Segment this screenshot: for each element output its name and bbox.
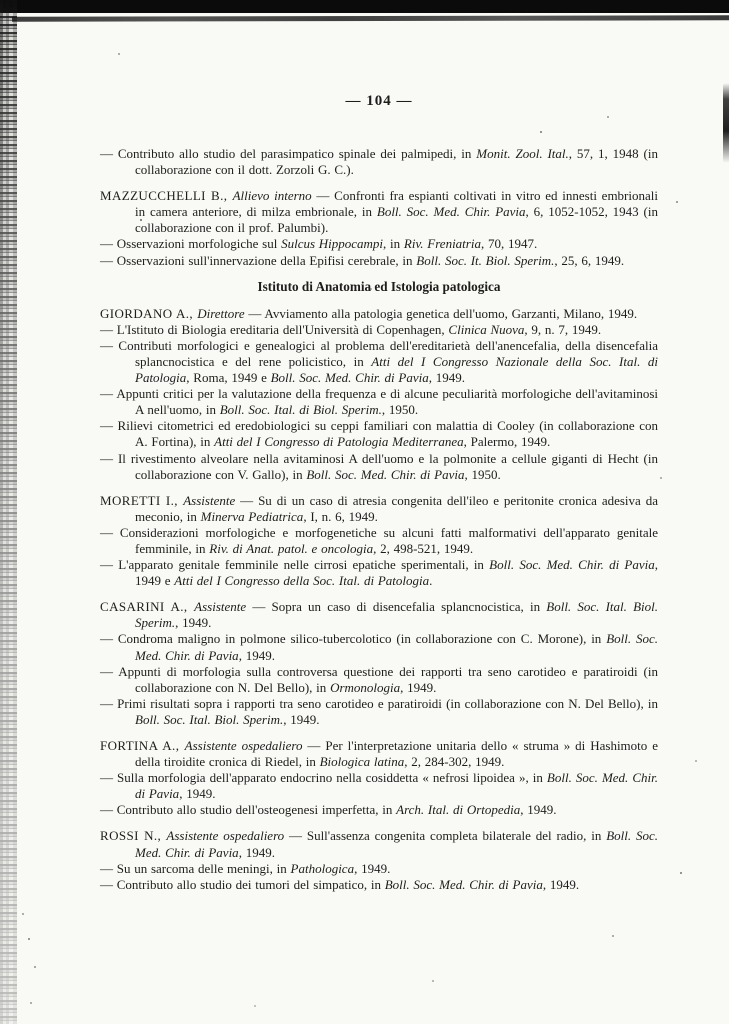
bibliography-entry: — Su un sarcoma delle meningi, in Pathol… — [100, 861, 658, 877]
italic-title-segment: Assistente — [183, 493, 235, 508]
bibliography-entry: FORTINA A., Assistente ospedaliero — Per… — [100, 738, 658, 770]
entry-text: , 2, 498-521, 1949. — [373, 541, 473, 556]
author-name: GIORDANO A., — [100, 306, 197, 321]
bibliography-section: Istituto di Anatomia ed Istologia patolo… — [100, 279, 658, 893]
bibliography-entry: — Primi risultati sopra i rapporti tra s… — [100, 696, 658, 728]
entry-text: , 1949. — [283, 712, 319, 727]
italic-title-segment: Boll. Soc. Med. Chir. di Pavia — [306, 467, 464, 482]
institute-heading: Istituto di Anatomia ed Istologia patolo… — [100, 279, 658, 295]
entry-text: , 70, 1947. — [481, 236, 537, 251]
bibliography-entry: — L'Istituto di Biologia ereditaria dell… — [100, 322, 658, 338]
author-name: MORETTI I., — [100, 493, 183, 508]
bibliography-entry: — Condroma maligno in polmone silico-tub… — [100, 631, 658, 663]
entry-text: — Osservazioni morfologiche sul — [100, 236, 281, 251]
bibliography-entry: ROSSI N., Assistente ospedaliero — Sull'… — [100, 828, 658, 860]
italic-title-segment: Monit. Zool. Ital. — [476, 146, 568, 161]
scanned-page: — 104 — — Contributo allo studio del par… — [0, 0, 729, 1024]
bibliography-entry: — Contributi morfologici e genealogici a… — [100, 338, 658, 386]
italic-title-segment: Riv. di Anat. patol. e oncologia — [209, 541, 373, 556]
entry-text: — Condroma maligno in polmone silico-tub… — [100, 631, 606, 646]
italic-title-segment: Assistente ospedaliero — [185, 738, 303, 753]
entry-text: , 1949. — [179, 786, 215, 801]
italic-title-segment: Boll. Soc. Med. Chir. Pavia — [377, 204, 526, 219]
italic-title-segment: Boll. Soc. Ital. Biol. Sperim. — [135, 712, 283, 727]
bibliography-section: — Contributo allo studio del parasimpati… — [100, 146, 658, 269]
italic-title-segment: Atti del I Congresso della Soc. Ital. di… — [174, 573, 429, 588]
entry-text: . — [429, 573, 432, 588]
entry-text: — Su un sarcoma delle meningi, in — [100, 861, 291, 876]
bibliography-entry: — Osservazioni morfologiche sul Sulcus H… — [100, 236, 658, 252]
bibliography-entry: CASARINI A., Assistente — Sopra un caso … — [100, 599, 658, 631]
author-name: MAZZUCCHELLI B., — [100, 188, 233, 203]
bibliography-entry: — L'apparato genitale femminile nelle ci… — [100, 557, 658, 589]
italic-title-segment: Allievo interno — [233, 188, 312, 203]
bibliography-entry: — Contributo allo studio dell'osteogenes… — [100, 802, 658, 818]
entry-text: , Roma, 1949 e — [186, 370, 270, 385]
italic-title-segment: Assistente ospedaliero — [166, 828, 284, 843]
italic-title-segment: Boll. Soc. Med. Chir. di Pavia — [271, 370, 429, 385]
entry-text: — L'Istituto di Biologia ereditaria dell… — [100, 322, 448, 337]
author-group: MAZZUCCHELLI B., Allievo interno — Confr… — [100, 188, 658, 268]
entry-text: , 1949. — [520, 802, 556, 817]
scan-artifact-right-edge-mark — [723, 83, 729, 163]
italic-title-segment: Arch. Ital. di Ortopedia — [396, 802, 520, 817]
entry-text: — Avviamento alla patologia genetica del… — [245, 306, 638, 321]
bibliography-entry: — Il rivestimento alveolare nella avitam… — [100, 451, 658, 483]
author-name: ROSSI N., — [100, 828, 166, 843]
entry-text: , Palermo, 1949. — [464, 434, 551, 449]
bibliography: — Contributo allo studio del parasimpati… — [100, 146, 658, 903]
entry-text: , 1949. — [354, 861, 390, 876]
scan-artifact-top-line — [12, 15, 729, 22]
italic-title-segment: Minerva Pediatrica — [201, 509, 304, 524]
entry-text: — Sull'assenza congenita completa bilate… — [284, 828, 606, 843]
entry-text: — Sopra un caso di disencefalia splancno… — [246, 599, 546, 614]
bibliography-entry: — Osservazioni sull'innervazione della E… — [100, 253, 658, 269]
author-group: ROSSI N., Assistente ospedaliero — Sull'… — [100, 828, 658, 892]
author-name: FORTINA A., — [100, 738, 185, 753]
italic-title-segment: Boll. Soc. Ital. di Biol. Sperim. — [220, 402, 382, 417]
bibliography-entry: MORETTI I., Assistente — Su di un caso d… — [100, 493, 658, 525]
author-name: CASARINI A., — [100, 599, 194, 614]
italic-title-segment: Boll. Soc. Med. Chir. di Pavia — [489, 557, 655, 572]
bibliography-entry: MAZZUCCHELLI B., Allievo interno — Confr… — [100, 188, 658, 236]
entry-text: , 1950. — [464, 467, 500, 482]
bibliography-entry: — Considerazioni morfologiche e morfogen… — [100, 525, 658, 557]
author-group: CASARINI A., Assistente — Sopra un caso … — [100, 599, 658, 728]
entry-text: , in — [383, 236, 404, 251]
entry-text: , 1950. — [382, 402, 418, 417]
italic-title-segment: Atti del I Congresso di Patologia Medite… — [214, 434, 464, 449]
bibliography-entry: — Rilievi citometrici ed eredobiologici … — [100, 418, 658, 450]
bibliography-entry: — Sulla morfologia dell'apparato endocri… — [100, 770, 658, 802]
italic-title-segment: Assistente — [194, 599, 246, 614]
bibliography-entry: GIORDANO A., Direttore — Avviamento alla… — [100, 306, 658, 322]
entry-text: , 2, 284-302, 1949. — [404, 754, 504, 769]
entry-text: — Contributo allo studio dei tumori del … — [100, 877, 385, 892]
italic-title-segment: Biologica latina — [320, 754, 405, 769]
italic-title-segment: Boll. Soc. Med. Chir. di Pavia — [385, 877, 543, 892]
scan-artifact-top-edge — [0, 0, 729, 13]
entry-text: , 1949. — [400, 680, 436, 695]
entry-text: , 1949. — [239, 845, 275, 860]
entry-text: — Sulla morfologia dell'apparato endocri… — [100, 770, 547, 785]
author-group: FORTINA A., Assistente ospedaliero — Per… — [100, 738, 658, 818]
entry-text: , 1949. — [429, 370, 465, 385]
author-group: — Contributo allo studio del parasimpati… — [100, 146, 658, 178]
entry-text: , I, n. 6, 1949. — [303, 509, 378, 524]
bibliography-entry: — Appunti critici per la valutazione del… — [100, 386, 658, 418]
entry-text: , 1949. — [175, 615, 211, 630]
author-group: MORETTI I., Assistente — Su di un caso d… — [100, 493, 658, 590]
italic-title-segment: Ormonologia — [330, 680, 400, 695]
entry-text: — Osservazioni sull'innervazione della E… — [100, 253, 416, 268]
bibliography-entry: — Contributo allo studio del parasimpati… — [100, 146, 658, 178]
page-number: — 104 — — [100, 93, 658, 110]
scan-artifact-left-edge — [0, 0, 17, 1024]
italic-title-segment: Direttore — [197, 306, 244, 321]
entry-text: , 9, n. 7, 1949. — [524, 322, 601, 337]
italic-title-segment: Pathologica — [291, 861, 355, 876]
entry-text: — Contributo allo studio del parasimpati… — [100, 146, 476, 161]
author-group: GIORDANO A., Direttore — Avviamento alla… — [100, 306, 658, 483]
italic-title-segment: Clinica Nuova — [448, 322, 524, 337]
entry-text: — Contributo allo studio dell'osteogenes… — [100, 802, 396, 817]
entry-text: — L'apparato genitale femminile nelle ci… — [100, 557, 489, 572]
italic-title-segment: Riv. Freniatria — [404, 236, 481, 251]
bibliography-entry: — Appunti di morfologia sulla controvers… — [100, 664, 658, 696]
bibliography-entry: — Contributo allo studio dei tumori del … — [100, 877, 658, 893]
italic-title-segment: Boll. Soc. It. Biol. Sperim. — [416, 253, 554, 268]
entry-text: — Primi risultati sopra i rapporti tra s… — [100, 696, 658, 711]
italic-title-segment: Sulcus Hippocampi — [281, 236, 383, 251]
entry-text: , 25, 6, 1949. — [554, 253, 624, 268]
entry-text: , 1949. — [543, 877, 579, 892]
entry-text: , 1949. — [239, 648, 275, 663]
